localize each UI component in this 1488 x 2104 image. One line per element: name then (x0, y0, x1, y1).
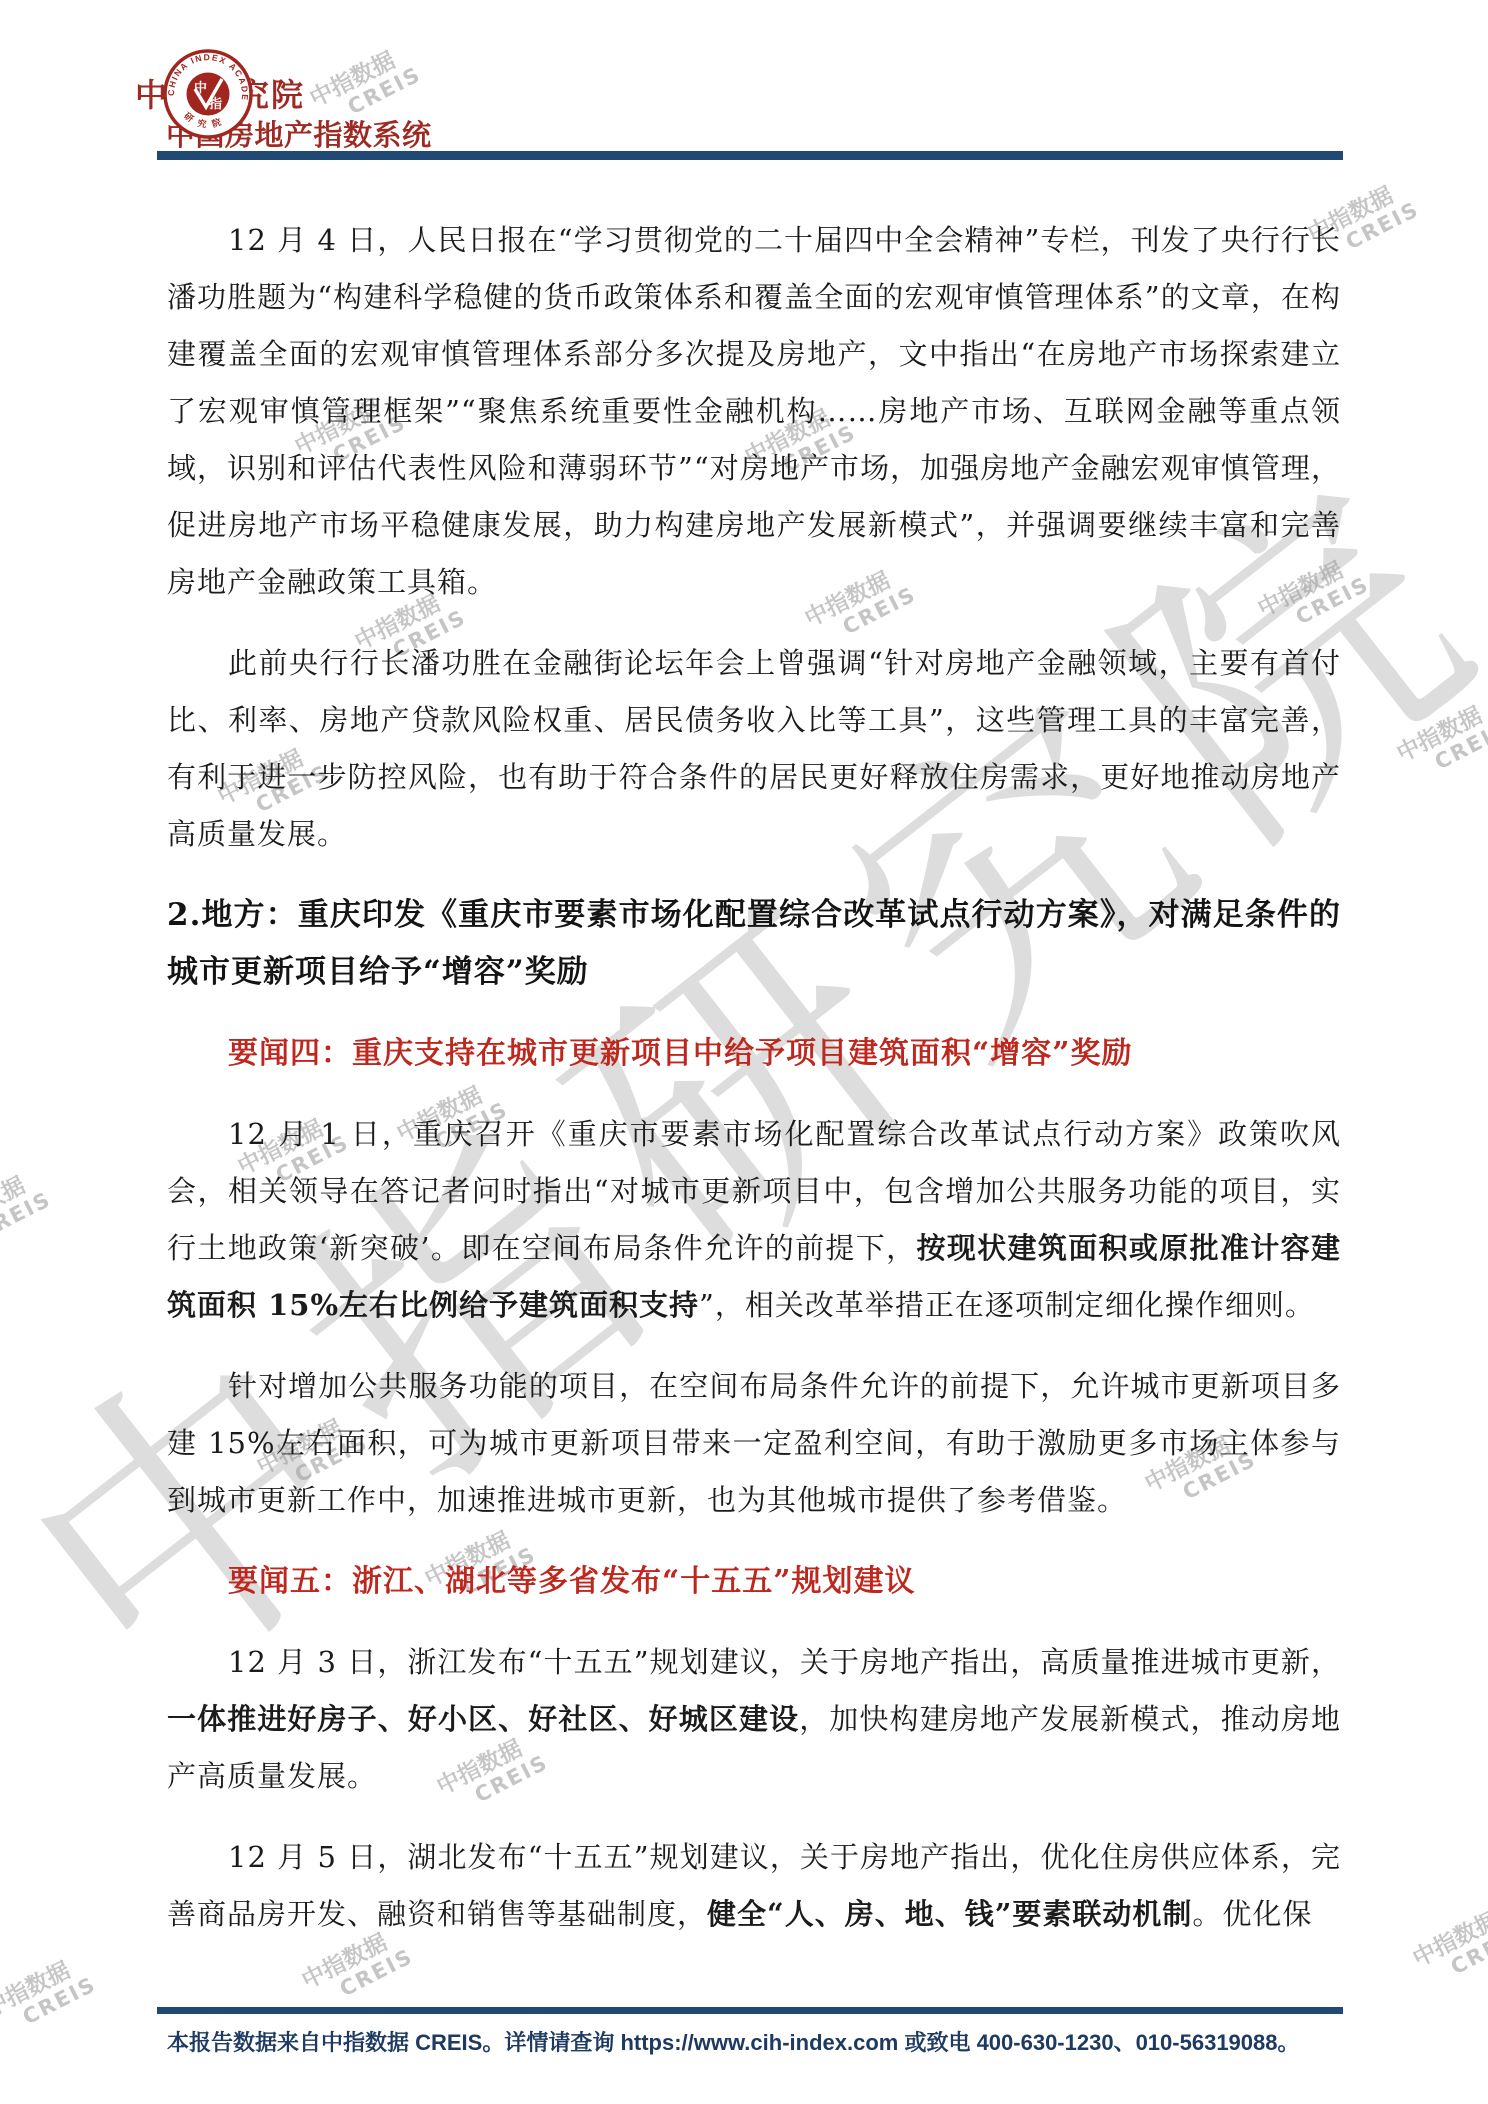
news-heading: 要闻五：浙江、湖北等多省发布“十五五”规划建议 (167, 1553, 1341, 1610)
svg-text:中: 中 (194, 80, 207, 96)
body-text: ”，相关改革举措正在逐项制定细化操作细则。 (699, 1288, 1315, 1322)
emphasis-text: 一体推进好房子、好小区、好社区、好城区建设 (167, 1702, 799, 1736)
header-divider-line (157, 151, 1343, 160)
footer-link[interactable]: https://www.cih-index.com (620, 2030, 898, 2055)
body-text: 12 月 4 日，人民日报在“学习贯彻党的二十届四中全会精神”专栏，刊发了央行行… (167, 223, 1341, 599)
paragraph: 12 月 4 日，人民日报在“学习贯彻党的二十届四中全会精神”专栏，刊发了央行行… (167, 212, 1341, 611)
footer-note: 本报告数据来自中指数据 CREIS。详情请查询 https://www.cih-… (167, 2028, 1367, 2058)
paragraph: 针对增加公共服务功能的项目，在空间布局条件允许的前提下，允许城市更新项目多建 1… (167, 1358, 1341, 1529)
section-heading: 2.地方：重庆印发《重庆市要素市场化配置综合改革试点行动方案》，对满足条件的城市… (167, 887, 1341, 1001)
footer-note-prefix: 本报告数据来自中指数据 CREIS。详情请查询 (167, 2030, 620, 2055)
emphasis-text: 健全“人、房、地、钱”要素联动机制 (707, 1897, 1192, 1931)
small-watermark: 中指数据CREIS (0, 1941, 119, 2043)
news-heading: 要闻四：重庆支持在城市更新项目中给予项目建筑面积“增容”奖励 (167, 1025, 1341, 1082)
small-watermark: 中指数据CREIS (1409, 1891, 1488, 1993)
svg-text:指: 指 (208, 96, 222, 112)
footer-note-suffix: 或致电 400-630-1230、010-56319088。 (898, 2030, 1299, 2055)
emphasis-text: 2.地方：重庆印发《重庆市要素市场化配置综合改革试点行动方案》，对满足条件的城市… (167, 897, 1341, 990)
paragraph: 此前央行行长潘功胜在金融街论坛年会上曾强调“针对房地产金融领域，主要有首付比、利… (167, 635, 1341, 863)
paragraph: 12 月 1 日，重庆召开《重庆市要素市场化配置综合改革试点行动方案》政策吹风会… (167, 1106, 1341, 1334)
academy-seal-logo: CHINA INDEX ACADEMY 研 究 院 中 指 (162, 48, 254, 140)
document-body: 12 月 4 日，人民日报在“学习贯彻党的二十届四中全会精神”专栏，刊发了央行行… (167, 212, 1341, 1943)
emphasis-text: 要闻五：浙江、湖北等多省发布“十五五”规划建议 (228, 1564, 916, 1599)
paragraph: 12 月 3 日，浙江发布“十五五”规划建议，关于房地产指出，高质量推进城市更新… (167, 1634, 1341, 1805)
footer-divider-line (157, 2007, 1343, 2014)
body-text: 。优化保 (1192, 1897, 1312, 1931)
small-watermark: 中指数据CREIS (1393, 686, 1488, 788)
emphasis-text: 要闻四：重庆支持在城市更新项目中给予项目建筑面积“增容”奖励 (228, 1036, 1133, 1071)
body-text: 针对增加公共服务功能的项目，在空间布局条件允许的前提下，允许城市更新项目多建 1… (167, 1369, 1341, 1517)
paragraph: 12 月 5 日，湖北发布“十五五”规划建议，关于房地产指出，优化住房供应体系，… (167, 1829, 1341, 1943)
report-page: 中指研究院 中指数据CREIS中指数据CREIS中指数据CREIS中指数据CRE… (0, 0, 1488, 2104)
body-text: 此前央行行长潘功胜在金融街论坛年会上曾强调“针对房地产金融领域，主要有首付比、利… (167, 646, 1341, 851)
body-text: 12 月 3 日，浙江发布“十五五”规划建议，关于房地产指出，高质量推进城市更新… (228, 1645, 1341, 1679)
small-watermark: 中指数据CREIS (0, 1156, 74, 1258)
